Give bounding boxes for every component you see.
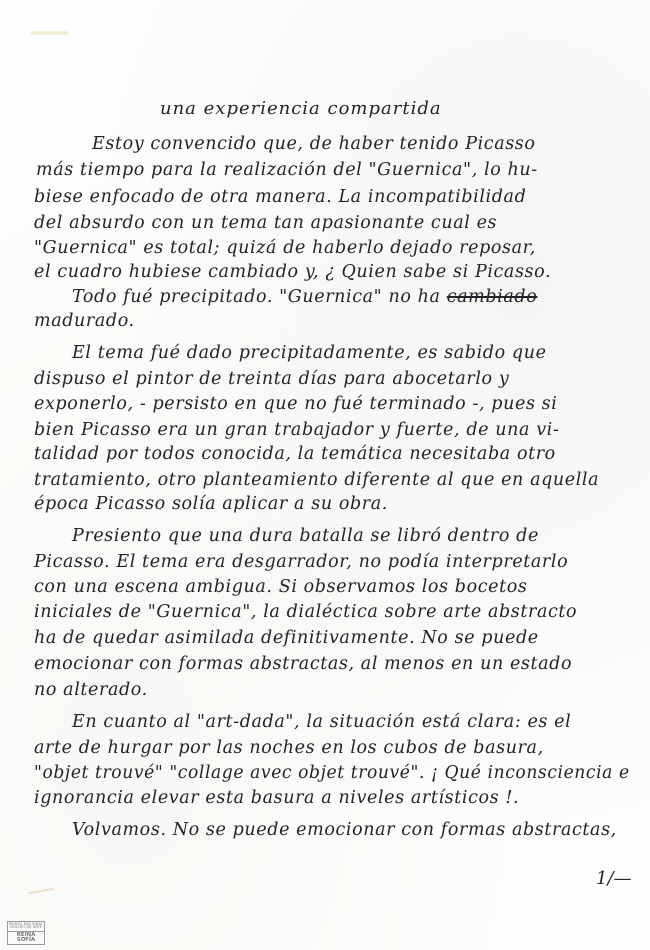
text-line: con una escena ambigua. Si observamos lo… xyxy=(34,577,527,597)
text-line: emocionar con formas abstractas, al meno… xyxy=(34,654,572,674)
stamp-line: CENTRO DE ARTE xyxy=(10,926,43,930)
stamp-line: REINA SOFÍA xyxy=(8,931,44,944)
text-line: ignorancia elevar esta basura a niveles … xyxy=(34,788,519,808)
text-line: tratamiento, otro planteamiento diferent… xyxy=(34,470,599,490)
manuscript-page: una experiencia compartida Estoy convenc… xyxy=(0,0,650,950)
paper-mark xyxy=(28,888,54,894)
text-line: Presiento que una dura batalla se libró … xyxy=(72,526,539,546)
text-line: "Guernica" es total; quizá de haberlo de… xyxy=(34,238,536,258)
text-line: biese enfocado de otra manera. La incomp… xyxy=(34,187,526,207)
text-line: dispuso el pintor de treinta días para a… xyxy=(34,369,509,389)
text-line: En cuanto al "art-dada", la situación es… xyxy=(72,712,571,732)
text-line: Todo fué precipitado. "Guernica" no ha c… xyxy=(72,287,537,307)
text-line: Picasso. El tema era desgarrador, no pod… xyxy=(34,552,568,572)
text-line: El tema fué dado precipitadamente, es sa… xyxy=(72,343,547,363)
text-line: talidad por todos conocida, la temática … xyxy=(34,444,556,464)
text-line: no alterado. xyxy=(34,680,148,700)
text-line: el cuadro hubiese cambiado y, ¿ Quien sa… xyxy=(34,262,551,282)
text-line: época Picasso solía aplicar a su obra. xyxy=(34,494,388,514)
text-line: exponerlo, - persisto en que no fué term… xyxy=(34,394,557,414)
document-title: una experiencia compartida xyxy=(160,98,442,119)
text-line: "objet trouvé" "collage avec objet trouv… xyxy=(34,763,630,783)
paper-mark xyxy=(30,31,68,35)
struck-word: cambiado xyxy=(447,287,538,307)
text-line: Estoy convencido que, de haber tenido Pi… xyxy=(92,134,536,154)
text-line: iniciales de "Guernica", la dialéctica s… xyxy=(34,602,577,622)
text-line: arte de hurgar por las noches en los cub… xyxy=(34,738,544,758)
museum-stamp: MUSEO NACIONAL CENTRO DE ARTE REINA SOFÍ… xyxy=(7,921,45,945)
text-line: ha de quedar asimilada definitivamente. … xyxy=(34,628,539,648)
text-line-part: Todo fué precipitado. "Guernica" no ha xyxy=(72,287,441,307)
text-line: Volvamos. No se puede emocionar con form… xyxy=(72,820,617,840)
text-line: más tiempo para la realización del "Guer… xyxy=(36,160,538,180)
text-line: del absurdo con un tema tan apasionante … xyxy=(34,213,497,233)
text-line: bien Picasso era un gran trabajador y fu… xyxy=(34,420,559,440)
page-number: 1/— xyxy=(596,868,632,889)
text-line: madurado. xyxy=(34,311,135,331)
